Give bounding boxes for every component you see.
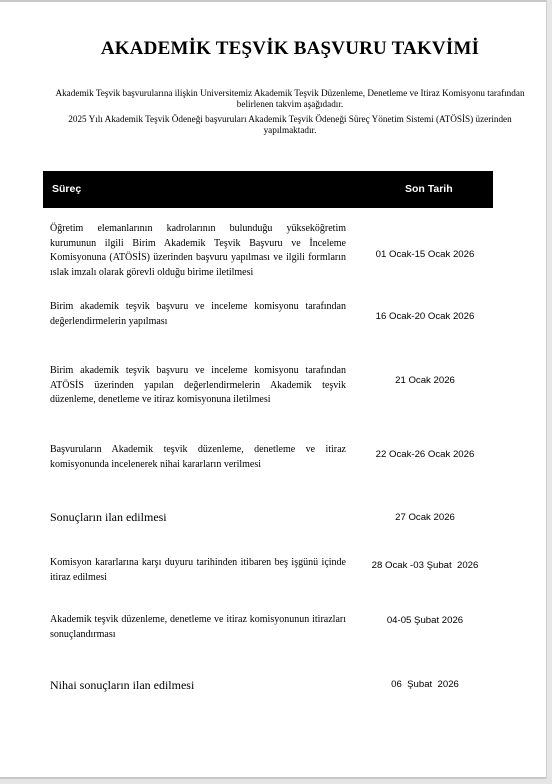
column-header-process: Süreç — [52, 183, 81, 195]
row-process: Öğretim elemanlarının kadrolarının bulun… — [50, 222, 346, 280]
intro-text: Akademik Teşvik başvurularına ilişkin Un… — [50, 88, 530, 140]
row-process: Akademik teşvik düzenleme, denetleme ve … — [50, 613, 346, 642]
row-process: Komisyon kararlarına karşı duyuru tarihi… — [50, 556, 346, 585]
row-deadline: 01 Ocak-15 Ocak 2026 — [355, 249, 495, 260]
row-process: Sonuçların ilan edilmesi — [50, 510, 346, 525]
vertical-scrollbar[interactable] — [546, 0, 552, 784]
row-deadline: 04-05 Şubat 2026 — [355, 615, 495, 626]
row-deadline: 06 Şubat 2026 — [355, 679, 495, 690]
row-deadline: 27 Ocak 2026 — [355, 512, 495, 523]
row-deadline: 28 Ocak -03 Şubat 2026 — [355, 560, 495, 571]
intro-paragraph-2: 2025 Yılı Akademik Teşvik Ödeneği başvur… — [50, 114, 530, 136]
page-title: AKADEMİK TEŞVİK BAŞVURU TAKVİMİ — [0, 38, 552, 60]
intro-paragraph-1: Akademik Teşvik başvurularına ilişkin Un… — [50, 88, 530, 110]
row-process: Başvuruların Akademik teşvik düzenleme, … — [50, 443, 346, 472]
row-process: Birim akademik teşvik başvuru ve incelem… — [50, 300, 346, 329]
table-header: Süreç Son Tarih — [43, 171, 493, 208]
row-deadline: 22 Ocak-26 Ocak 2026 — [355, 449, 495, 460]
page-bottom-edge — [0, 779, 552, 784]
column-header-deadline: Son Tarih — [405, 183, 453, 195]
row-deadline: 21 Ocak 2026 — [355, 375, 495, 386]
row-deadline: 16 Ocak-20 Ocak 2026 — [355, 311, 495, 322]
row-process: Nihai sonuçların ilan edilmesi — [50, 678, 346, 693]
row-process: Birim akademik teşvik başvuru ve incelem… — [50, 364, 346, 408]
